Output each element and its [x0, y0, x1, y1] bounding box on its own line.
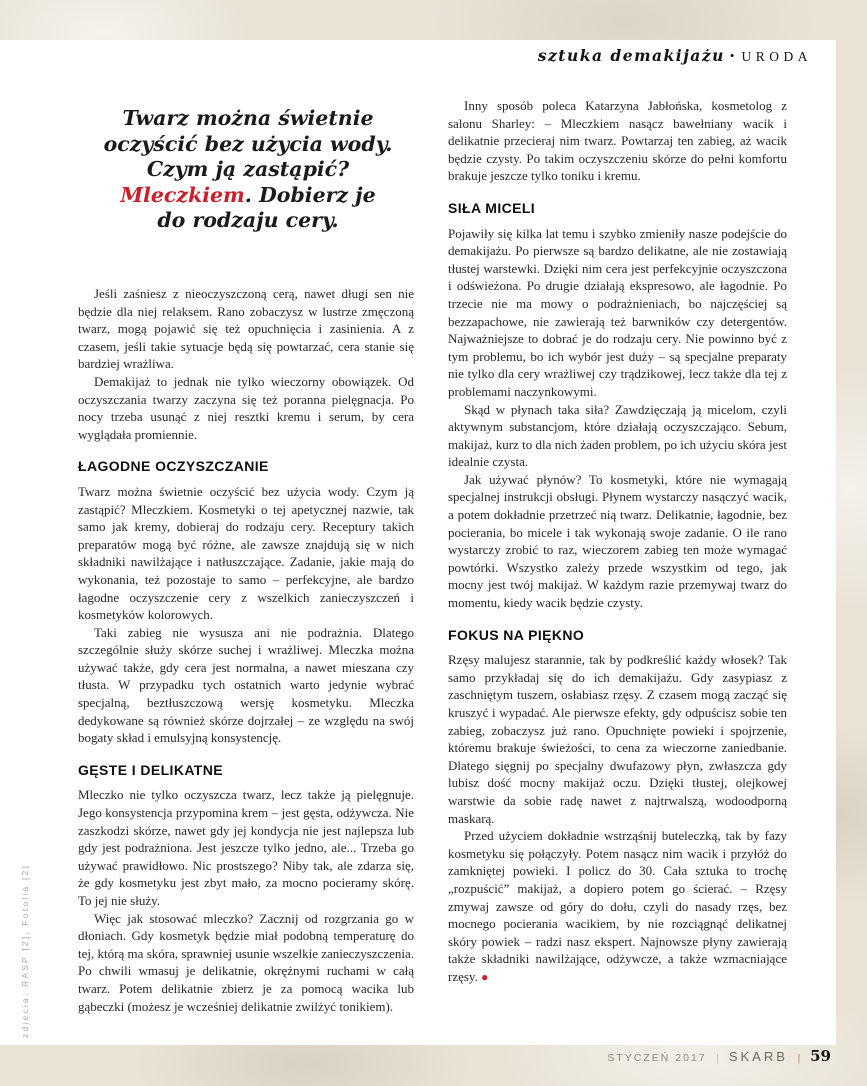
paragraph: Twarz można świetnie oczyścić bez użycia…: [78, 483, 414, 624]
pull-quote-line: do rodzaju cery.: [72, 208, 424, 234]
section-heading: GĘSTE I DELIKATNE: [78, 762, 414, 780]
magazine-spread: sztuka demakijażu•URODA Twarz można świe…: [0, 0, 867, 1086]
left-column: Jeśli zaśniesz z nieoczyszczoną cerą, na…: [78, 285, 414, 1015]
pull-quote-highlight: Mleczkiem: [120, 183, 244, 207]
pull-quote-line-rest: . Dobierz je: [245, 183, 376, 207]
right-column: Inny sposób poleca Katarzyna Jabłońska, …: [448, 97, 787, 987]
footer-issue: STYCZEŃ 2017: [607, 1052, 706, 1064]
footer-separator: |: [798, 1052, 800, 1064]
page-paper: sztuka demakijażu•URODA Twarz można świe…: [0, 40, 836, 1045]
paragraph: Taki zabieg nie wysusza ani nie podrażni…: [78, 624, 414, 747]
paragraph: Jak używać płynów? To kosmetyki, które n…: [448, 471, 787, 612]
paragraph: Jeśli zaśniesz z nieoczyszczoną cerą, na…: [78, 285, 414, 373]
running-header-section: sztuka demakijażu: [538, 46, 725, 65]
running-header-category: URODA: [741, 49, 812, 64]
section-heading: ŁAGODNE OCZYSZCZANIE: [78, 458, 414, 476]
paragraph: Inny sposób poleca Katarzyna Jabłońska, …: [448, 97, 787, 185]
paragraph: Rzęsy malujesz starannie, tak by podkreś…: [448, 651, 787, 827]
footer-separator: |: [717, 1052, 719, 1064]
paragraph: Przed użyciem dokładnie wstrząśnij butel…: [448, 827, 787, 986]
footer-page-number: 59: [810, 1047, 831, 1065]
article-end-dot: ●: [481, 970, 488, 984]
pull-quote-line: Mleczkiem. Dobierz je: [72, 183, 424, 209]
section-heading: SIŁA MICELI: [448, 200, 787, 218]
paragraph: Skąd w płynach taka siła? Zawdzięczają j…: [448, 401, 787, 471]
paragraph: Pojawiły się kilka lat temu i szybko zmi…: [448, 225, 787, 401]
pull-quote-line: Twarz można świetnie: [72, 106, 424, 132]
running-header-bullet: •: [730, 48, 735, 63]
section-heading: FOKUS NA PIĘKNO: [448, 627, 787, 645]
running-header: sztuka demakijażu•URODA: [538, 46, 812, 66]
pull-quote-line: Czym ją zastąpić?: [72, 157, 424, 183]
page-footer: STYCZEŃ 2017 | SKARB | 59: [607, 1047, 831, 1065]
paragraph: Demakijaż to jednak nie tylko wieczorny …: [78, 373, 414, 443]
pull-quote-line: oczyścić bez użycia wody.: [72, 132, 424, 158]
paragraph-text: Przed użyciem dokładnie wstrząśnij butel…: [448, 828, 787, 984]
photo-credit: zdjęcia: RASP [2], Fotolia [2]: [20, 864, 30, 1038]
paragraph: Więc jak stosować mleczko? Zacznij od ro…: [78, 910, 414, 1016]
footer-magazine-name: SKARB: [729, 1049, 788, 1064]
paragraph: Mleczko nie tylko oczyszcza twarz, lecz …: [78, 786, 414, 909]
pull-quote: Twarz można świetnie oczyścić bez użycia…: [72, 106, 424, 234]
